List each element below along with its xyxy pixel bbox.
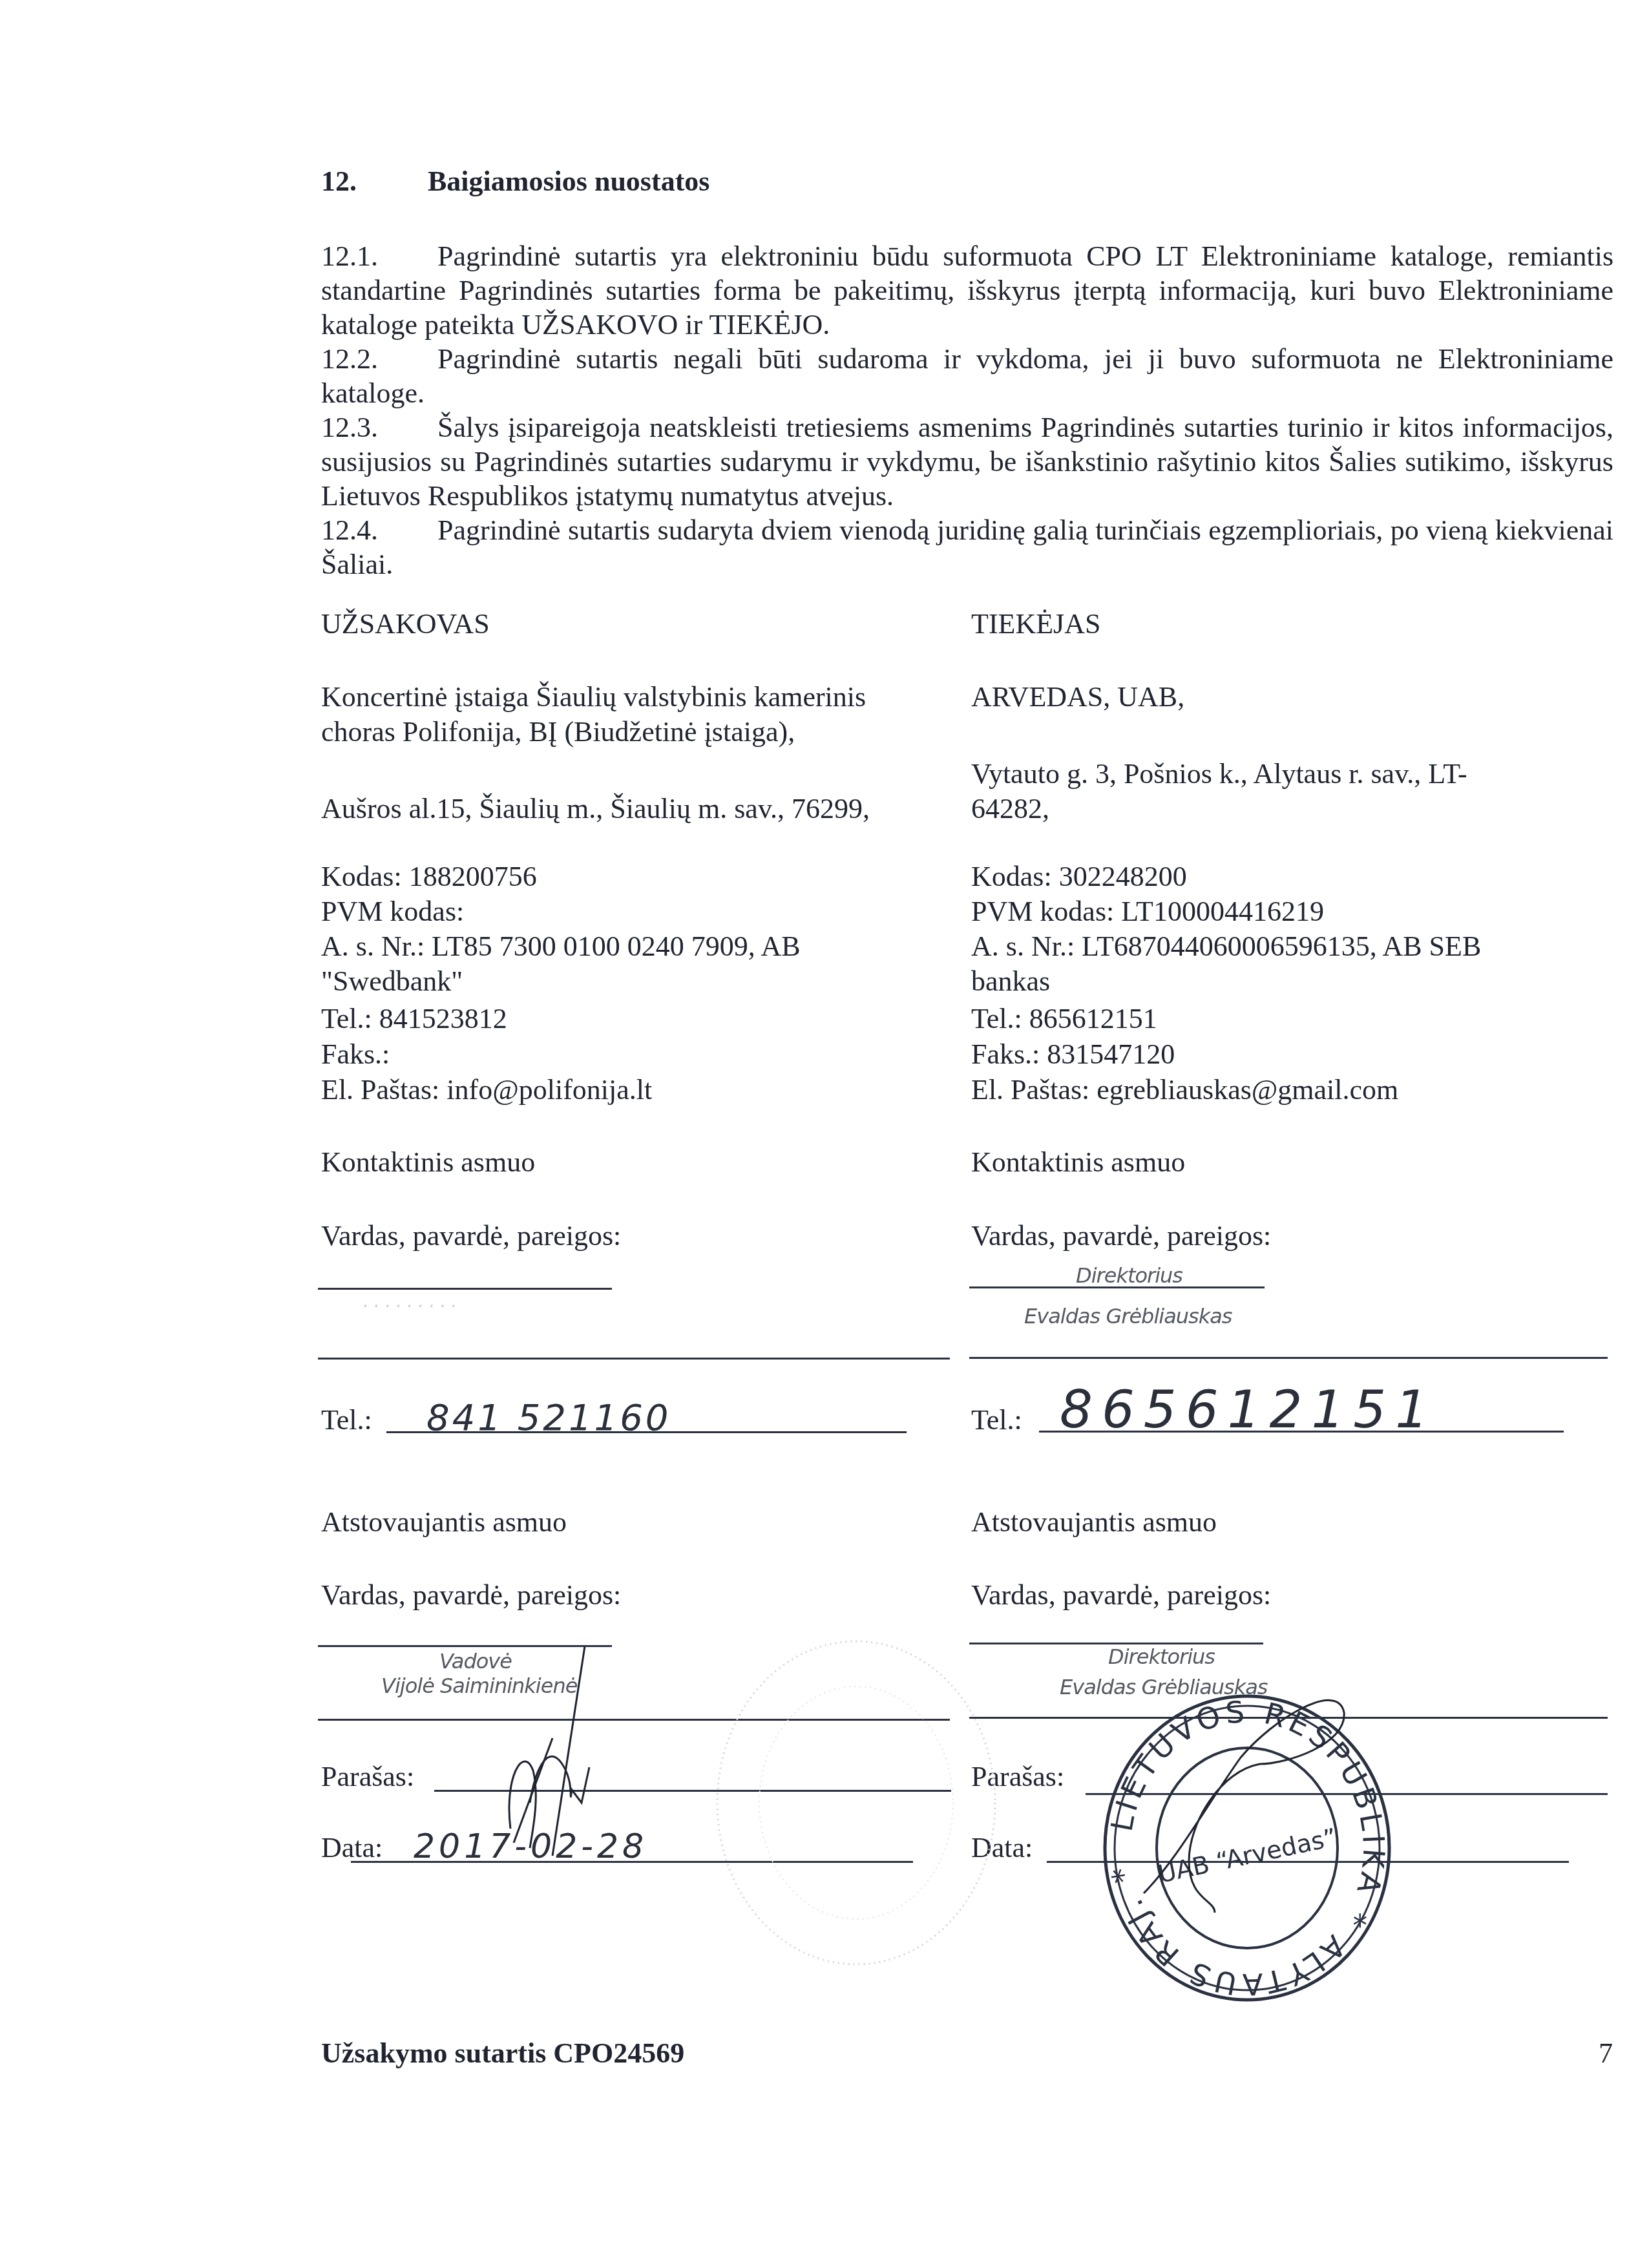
customer-seal-faded-icon — [711, 1628, 1034, 1990]
supplier-contact-label: Kontaktinis asmuo — [971, 1146, 1185, 1179]
supplier-rep-stamp-title: Direktorius — [1108, 1644, 1215, 1669]
supplier-contact-position-line[interactable] — [969, 1357, 1608, 1359]
footer-contract-title: Užsakymo sutartis CPO24569 — [321, 2037, 684, 2070]
supplier-vat-code: PVM kodas: LT100004416219 — [971, 895, 1324, 929]
supplier-role: TIEKĖJAS — [971, 607, 1100, 641]
supplier-rep-name-position-label: Vardas, pavardė, pareigos: — [971, 1579, 1271, 1612]
supplier-contact-tel-line[interactable] — [1039, 1431, 1564, 1433]
supplier-phone: Tel.: 865612151 — [971, 1002, 1157, 1036]
supplier-contact-stamp-title: Direktorius — [1076, 1263, 1182, 1288]
supplier-email: El. Paštas: egrebliauskas@gmail.com — [971, 1073, 1398, 1107]
supplier-contact-tel-label: Tel.: — [971, 1403, 1022, 1437]
supplier-account-line1: A. s. Nr.: LT687044060006596135, AB SEB — [971, 930, 1481, 963]
supplier-representative-label: Atstovaujantis asmuo — [971, 1506, 1217, 1539]
supplier-address-line1: Vytauto g. 3, Pošnios k., Alytaus r. sav… — [971, 757, 1467, 791]
supplier-seal-icon: LIETUVOS RESPUBLIKA * ALYTAUS RAJ. * UAB… — [1092, 1693, 1402, 2003]
supplier-contact-stamp-name: Evaldas Grėbliauskas — [1024, 1304, 1232, 1328]
supplier-contact-name-line[interactable] — [969, 1286, 1265, 1288]
supplier-account-line2: bankas — [971, 965, 1050, 998]
supplier-name: ARVEDAS, UAB, — [971, 680, 1184, 714]
seal-center-text: UAB “Arvedas” — [1155, 1823, 1339, 1888]
supplier-fax: Faks.: 831547120 — [971, 1038, 1175, 1071]
supplier-name-position-label: Vardas, pavardė, pareigos: — [971, 1219, 1271, 1253]
supplier-address-line2: 64282, — [971, 792, 1049, 826]
footer-page-number: 7 — [1599, 2037, 1613, 2070]
supplier-code: Kodas: 302248200 — [971, 860, 1187, 894]
